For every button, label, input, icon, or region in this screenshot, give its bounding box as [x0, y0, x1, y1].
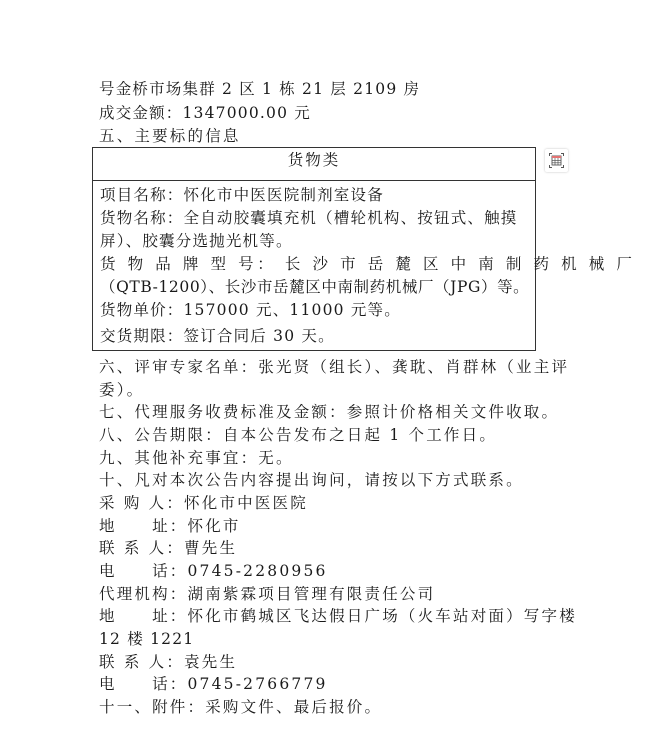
agency-phone-line: 电 话：0745-2766779 [99, 673, 328, 695]
section-nine-other: 九、其他补充事宜：无。 [99, 447, 294, 469]
table-select-icon [549, 153, 564, 168]
agency-contact-line: 联 系 人：袁先生 [99, 651, 237, 673]
section-eleven-attachments: 十一、附件：采购文件、最后报价。 [99, 696, 382, 718]
section-six-experts-cont: 委）。 [99, 379, 144, 401]
agency-address-line: 地 址：怀化市鹤城区飞达假日广场（火车站对面）写字楼 [99, 605, 577, 627]
agency-line: 代理机构：湖南紫霖项目管理有限责任公司 [99, 583, 435, 605]
delivery-period-row: 交货期限：签订合同后 30 天。 [100, 325, 335, 347]
goods-name-row-cont: 屏）、胶囊分选抛光机等。 [100, 230, 293, 252]
purchaser-address-line: 地 址：怀化市 [99, 515, 241, 537]
goods-table-header: 货物类 [93, 148, 535, 181]
address-continuation-line: 号金桥市场集群 2 区 1 栋 21 层 2109 房 [99, 78, 420, 100]
section-seven-fees: 七、代理服务收费标准及金额：参照计价格相关文件收取。 [99, 401, 559, 423]
agency-address-line-cont: 12 楼 1221 [99, 628, 194, 650]
purchaser-phone-line: 电 话：0745-2280956 [99, 560, 328, 582]
goods-name-row: 货物名称：全自动胶囊填充机（槽轮机构、按钮式、触摸 [100, 207, 518, 229]
purchaser-contact-line: 联 系 人：曹先生 [99, 537, 237, 559]
deal-amount-line: 成交金额：1347000.00 元 [99, 102, 311, 124]
goods-brand-model-row-cont: （QTB-1200）、长沙市岳麓区中南制药机械厂（JPG）等。 [100, 276, 529, 298]
goods-brand-model-row: 货 物 品 牌 型 号： 长 沙 市 岳 麓 区 中 南 制 药 机 械 厂 [100, 253, 636, 275]
table-select-button[interactable] [545, 149, 568, 172]
document-page: 号金桥市场集群 2 区 1 栋 21 层 2109 房 成交金额：1347000… [0, 0, 669, 751]
project-name-row: 项目名称：怀化市中医医院制剂室设备 [100, 184, 384, 206]
section-ten-contact: 十、凡对本次公告内容提出询问，请按以下方式联系。 [99, 469, 524, 491]
section-five-heading: 五、主要标的信息 [99, 125, 241, 147]
section-six-experts: 六、评审专家名单：张光贤（组长）、龚耽、肖群林（业主评 [99, 356, 569, 378]
goods-unit-price-row: 货物单价：157000 元、11000 元等。 [100, 299, 401, 321]
goods-info-table: 货物类 项目名称：怀化市中医医院制剂室设备 货物名称：全自动胶囊填充机（槽轮机构… [92, 147, 536, 351]
purchaser-line: 采 购 人：怀化市中医医院 [99, 492, 308, 514]
section-eight-period: 八、公告期限：自本公告发布之日起 1 个工作日。 [99, 424, 497, 446]
